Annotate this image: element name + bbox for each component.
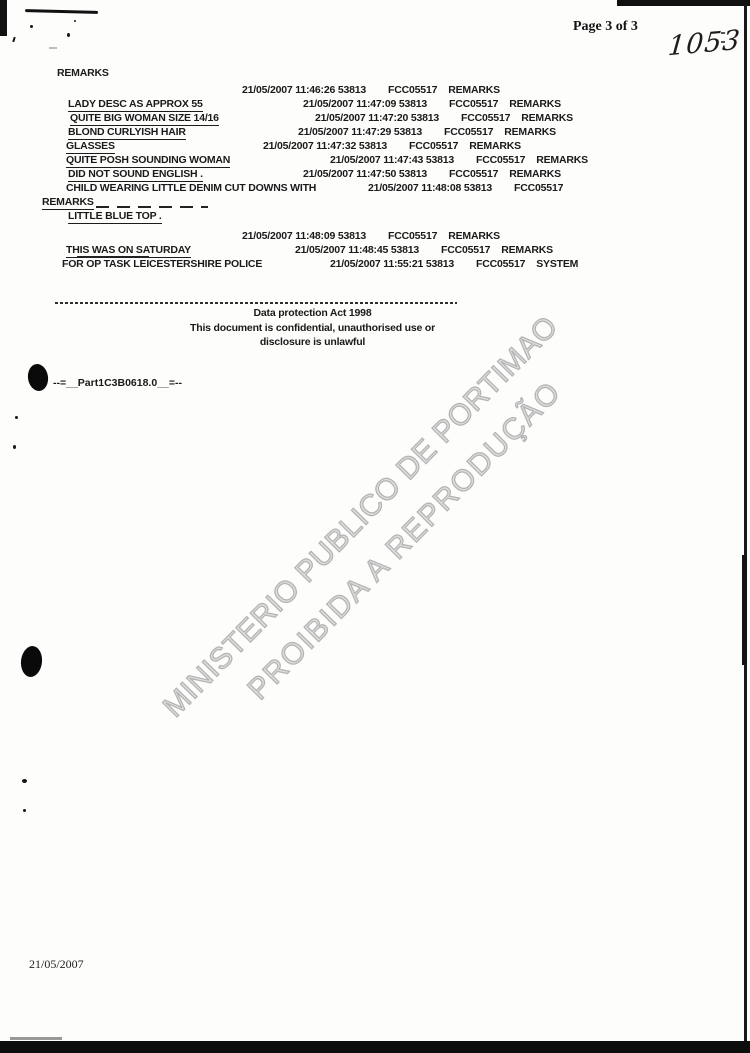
remark-tag: REMARKS — [504, 126, 556, 138]
scan-edge-mark — [617, 0, 750, 6]
remark-tag: REMARKS — [469, 140, 521, 152]
remark-meta: 21/05/2007 11:47:09 53813 FCC05517 REMAR… — [303, 98, 561, 110]
remark-code: FCC05517 — [514, 182, 563, 194]
scanned-document-page: MINISTERIO PUBLICO DE PORTIMAO PROIBIDA … — [0, 0, 750, 1053]
notice-line-1: Data protection Act 1998 — [160, 306, 465, 321]
remark-row: BLOND CURLYISH HAIR 21/05/2007 11:47:29 … — [0, 126, 750, 139]
scan-speck — [74, 20, 76, 22]
remark-code: FCC05517 — [444, 126, 493, 138]
remark-tag: REMARKS — [509, 168, 561, 180]
remark-meta: 21/05/2007 11:55:21 53813 FCC05517 SYSTE… — [330, 258, 578, 270]
remark-code: FCC05517 — [449, 168, 498, 180]
remark-timestamp: 21/05/2007 11:47:29 53813 — [298, 126, 422, 138]
remark-row: CHILD WEARING LITTLE DENIM CUT DOWNS WIT… — [0, 182, 750, 195]
remark-row: DID NOT SOUND ENGLISH . 21/05/2007 11:47… — [0, 168, 750, 181]
scan-speck — [22, 779, 27, 783]
scan-speck — [12, 37, 15, 42]
remark-timestamp: 21/05/2007 11:47:43 53813 — [330, 154, 454, 166]
remark-timestamp: 21/05/2007 11:46:26 53813 — [242, 84, 366, 96]
remark-meta: 21/05/2007 11:46:26 53813 FCC05517 REMAR… — [242, 84, 500, 96]
scan-speck — [67, 33, 70, 37]
remark-code: FCC05517 — [461, 112, 510, 124]
remark-code: FCC05517 — [388, 84, 437, 96]
remark-code: FCC05517 — [441, 244, 490, 256]
remark-code: FCC05517 — [409, 140, 458, 152]
confidentiality-notice: Data protection Act 1998 This document i… — [160, 306, 465, 350]
remark-row: 21/05/2007 11:48:09 53813 FCC05517 REMAR… — [0, 230, 750, 243]
remark-tag: REMARKS — [448, 230, 500, 242]
scan-edge-mark — [0, 0, 7, 36]
handwritten-page-number: 1053 — [667, 25, 742, 63]
remark-meta: 21/05/2007 11:47:43 53813 FCC05517 REMAR… — [330, 154, 588, 166]
remark-row: LITTLE BLUE TOP . — [0, 210, 750, 223]
remark-tag: REMARKS — [509, 98, 561, 110]
hole-punch-mark — [26, 363, 50, 393]
remark-row: GLASSES 21/05/2007 11:47:32 53813 FCC055… — [0, 140, 750, 153]
remark-text: QUITE BIG WOMAN SIZE 14/16 — [70, 112, 219, 126]
remark-timestamp: 21/05/2007 11:48:45 53813 — [295, 244, 419, 256]
remark-tag: SYSTEM — [536, 258, 578, 270]
remark-meta: 21/05/2007 11:48:08 53813 FCC05517 — [368, 182, 574, 194]
remark-meta: 21/05/2007 11:47:50 53813 FCC05517 REMAR… — [303, 168, 561, 180]
remark-row: 21/05/2007 11:46:26 53813 FCC05517 REMAR… — [0, 84, 750, 97]
hole-punch-mark — [19, 645, 43, 678]
remark-timestamp: 21/05/2007 11:47:50 53813 — [303, 168, 427, 180]
remark-timestamp: 21/05/2007 11:47:32 53813 — [263, 140, 387, 152]
remark-row: QUITE BIG WOMAN SIZE 14/16 21/05/2007 11… — [0, 112, 750, 125]
page-number-label: Page 3 of 3 — [573, 19, 638, 35]
footer-date: 21/05/2007 — [29, 957, 84, 972]
scan-speck — [13, 445, 16, 449]
remark-text: QUITE POSH SOUNDING WOMAN — [66, 154, 230, 168]
remark-timestamp: 21/05/2007 11:48:08 53813 — [368, 182, 492, 194]
remark-tag: REMARKS — [536, 154, 588, 166]
remark-timestamp: 21/05/2007 11:55:21 53813 — [330, 258, 454, 270]
remark-tag: REMARKS — [521, 112, 573, 124]
remark-code: FCC05517 — [476, 154, 525, 166]
underline-artifact — [96, 206, 208, 208]
remark-code: FCC05517 — [449, 98, 498, 110]
remark-text: GLASSES — [66, 140, 115, 154]
remark-meta: 21/05/2007 11:48:45 53813 FCC05517 REMAR… — [295, 244, 553, 256]
remark-tag: REMARKS — [501, 244, 553, 256]
scan-streak-mark — [25, 9, 98, 14]
remark-row: LADY DESC AS APPROX 55 21/05/2007 11:47:… — [0, 98, 750, 111]
remark-text: REMARKS — [42, 196, 94, 210]
scan-speck — [30, 25, 33, 28]
overline-artifact — [77, 256, 149, 258]
remark-code: FCC05517 — [388, 230, 437, 242]
remark-code: FCC05517 — [476, 258, 525, 270]
scan-bottom-bar — [0, 1041, 750, 1053]
scan-edge-line — [742, 555, 747, 665]
remark-text: DID NOT SOUND ENGLISH . — [68, 168, 203, 182]
watermark-line-2: PROIBIDA A REPRODUÇÃO — [223, 356, 588, 726]
remark-tag: REMARKS — [448, 84, 500, 96]
mime-boundary-text: --=__Part1C3B0618.0__=-- — [53, 377, 182, 389]
remark-text: LITTLE BLUE TOP . — [68, 210, 162, 224]
remark-row: QUITE POSH SOUNDING WOMAN 21/05/2007 11:… — [0, 154, 750, 167]
remark-meta: 21/05/2007 11:47:29 53813 FCC05517 REMAR… — [298, 126, 556, 138]
remark-meta: 21/05/2007 11:48:09 53813 FCC05517 REMAR… — [242, 230, 500, 242]
remark-text: FOR OP TASK LEICESTERSHIRE POLICE — [62, 258, 262, 270]
remark-meta: 21/05/2007 11:47:32 53813 FCC05517 REMAR… — [263, 140, 521, 152]
remarks-section-title: REMARKS — [57, 67, 109, 79]
scan-speck — [49, 47, 57, 49]
remark-timestamp: 21/05/2007 11:48:09 53813 — [242, 230, 366, 242]
dashed-divider — [55, 302, 457, 304]
scan-speck — [10, 1037, 62, 1040]
remark-text: CHILD WEARING LITTLE DENIM CUT DOWNS WIT… — [66, 182, 316, 194]
remark-timestamp: 21/05/2007 11:47:09 53813 — [303, 98, 427, 110]
watermark-line-1: MINISTERIO PUBLICO DE PORTIMAO — [134, 287, 587, 747]
notice-line-3: disclosure is unlawful — [160, 335, 465, 350]
scan-speck — [23, 809, 26, 812]
remark-meta: 21/05/2007 11:47:20 53813 FCC05517 REMAR… — [315, 112, 573, 124]
scan-speck — [15, 416, 18, 419]
notice-line-2: This document is confidential, unauthori… — [160, 321, 465, 336]
remark-text: BLOND CURLYISH HAIR — [68, 126, 186, 140]
remark-text: LADY DESC AS APPROX 55 — [68, 98, 203, 112]
remark-timestamp: 21/05/2007 11:47:20 53813 — [315, 112, 439, 124]
remark-row: FOR OP TASK LEICESTERSHIRE POLICE 21/05/… — [0, 258, 750, 271]
